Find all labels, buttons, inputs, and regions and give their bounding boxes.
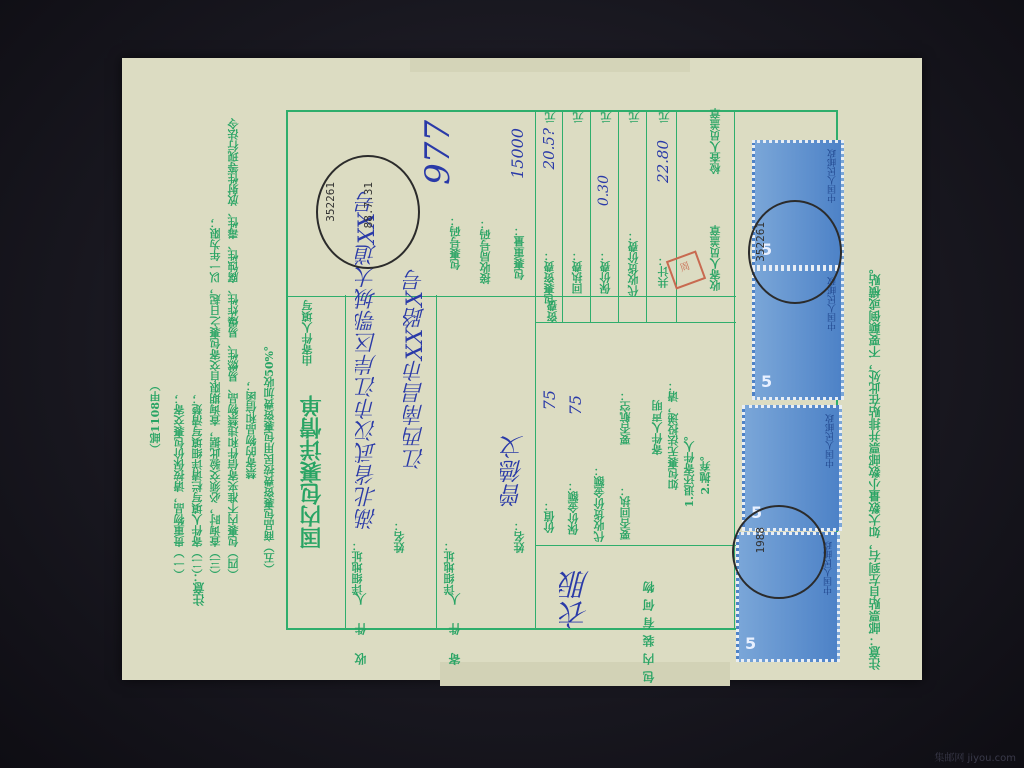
recipient-address-label: 详细地址：	[350, 540, 366, 595]
undeliverable-label: 如包裹无法投递，请：	[666, 380, 682, 490]
recipient-name-label: 姓名：	[392, 520, 408, 553]
contents-label: 包内装有何物	[640, 575, 657, 683]
form-title: 国内包裹详情单	[296, 395, 327, 549]
note-2: （二）寄件人填写栏请详细填写清楚；	[190, 110, 206, 580]
note-5: （五）商品包裹资费按民用包裹资费加收50%。	[262, 340, 278, 575]
postage-handwritten: 20.5?	[540, 128, 558, 169]
undeliverable-option-2: 2.抛弃。	[698, 450, 714, 494]
postmark: 1988	[732, 505, 826, 599]
insured-amount-handwritten: 75	[566, 395, 585, 415]
airmail-label: 要否航空：	[618, 390, 634, 445]
sender-name-handwritten: 曾德文	[496, 435, 531, 507]
unit-yuan: 元	[599, 112, 615, 123]
cod-amount-label: 代收货价金额：	[592, 465, 608, 542]
fee-row-line	[618, 110, 619, 322]
unit-yuan: 元	[657, 112, 673, 123]
weight-label: 包裹重量：	[512, 225, 528, 280]
fee-row-line	[562, 110, 563, 322]
recipient-address-handwritten: 湖北省武汉市江岸区鄂城大道XX号	[352, 300, 383, 530]
form-border-top	[286, 110, 836, 112]
col-line	[345, 295, 346, 630]
value-label: 价值：	[542, 500, 558, 533]
stamp-placement-note: 注意：邮票贴自左到右，如大数量小数邮票并排贴在此处，不要颠倒或横贴。	[866, 110, 883, 670]
cod-fee-label: 代收货价费：	[626, 230, 642, 296]
return-receipt-fee-label: 回执费：	[570, 250, 586, 294]
insurance-fee-handwritten: 0.30	[596, 175, 612, 206]
sender-declaration-label: 寄件人声明	[650, 400, 666, 455]
inspector-seal-label: 检查人员盖章	[708, 108, 724, 174]
insured-amount-label: 保价金额：	[566, 480, 582, 535]
return-receipt-label: 要否回执：	[618, 485, 634, 540]
row-line	[536, 545, 736, 546]
parcel-number-handwritten: 977	[418, 120, 458, 185]
site-watermark: 集邮网 jiyou.com	[934, 749, 1016, 764]
sender-address-handwritten: 江西南昌市XX路X号	[400, 300, 431, 470]
paper-bottom-fold	[440, 662, 730, 686]
total-handwritten: 22.80	[654, 140, 672, 183]
undeliverable-option-1: 1.退还寄件人。	[682, 430, 698, 507]
postmark: 352261	[748, 200, 842, 304]
unit-yuan: 元	[543, 112, 559, 123]
postage-label: 包裹资费：	[542, 250, 558, 305]
note-1: （一）贵重物品，请按保价包裹交寄；	[172, 110, 188, 580]
insurance-fee-label: 保价费：	[598, 250, 614, 294]
col-line	[436, 295, 437, 630]
sender-name-label: 姓名：	[512, 520, 528, 553]
form-code: （邮1108甲）	[148, 380, 164, 455]
note-4: （四）包裹内不准夹寄信件和违禁物品、易燃性、易爆炸性、腐蚀性、毒性、放射性等现行…	[226, 110, 242, 580]
note-3: （三）查询时，必须交验此据，查询期限自交寄包裹之日起，以一年为限；	[208, 110, 224, 580]
form-border-left	[286, 110, 288, 630]
fees-label: 资费	[545, 300, 561, 322]
weight-handwritten: 15000	[508, 128, 527, 179]
clerk-seal-label: 收寄人员盖章	[708, 225, 724, 291]
note-4b: 禁寄的物品和信函；	[244, 380, 260, 479]
postmark: 352261 88.7.31	[316, 155, 420, 269]
value-handwritten: 75	[540, 390, 559, 410]
parcel-number-label: 包裹号码：	[448, 215, 464, 270]
form-title-note: 由寄件人填写	[300, 300, 316, 366]
col-line	[535, 110, 536, 630]
unit-yuan: 元	[571, 112, 587, 123]
fee-row-line	[676, 110, 677, 322]
sender-address-label: 详细地址：	[442, 540, 458, 595]
receiving-office-label: 接收局号码：	[478, 218, 494, 284]
paper-top-fold	[410, 58, 690, 72]
row-line	[536, 322, 736, 323]
fee-row-line	[646, 110, 647, 322]
fee-row-line	[590, 110, 591, 322]
unit-yuan: 元	[627, 112, 643, 123]
contents-handwritten: 衣服	[556, 570, 600, 630]
